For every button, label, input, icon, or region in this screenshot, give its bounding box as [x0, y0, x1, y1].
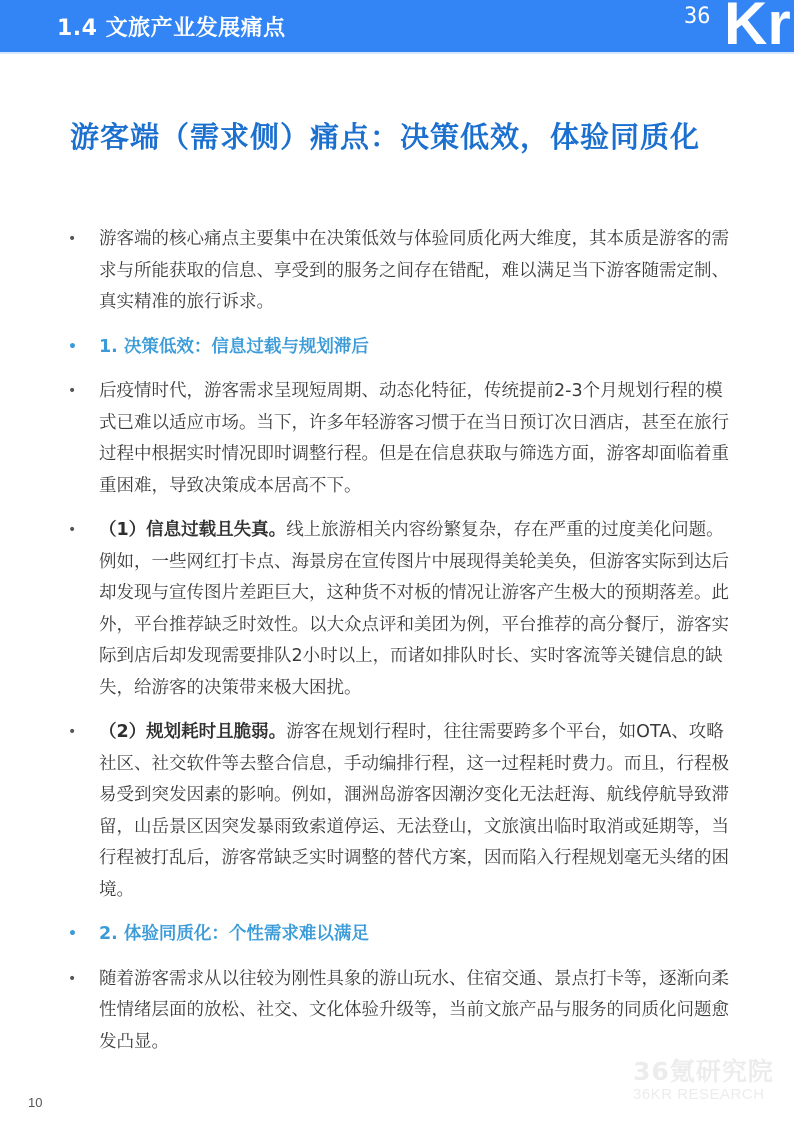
- bullet-icon: •: [68, 224, 78, 256]
- bullet-icon: •: [68, 964, 78, 996]
- item-text: 后疫情时代，游客需求呈现短周期、动态化特征，传统提前2-3个月规划行程的模式已难…: [99, 381, 729, 496]
- item-bold-lead: （2）规划耗时且脆弱。: [99, 722, 286, 742]
- item-bold-lead: （1）信息过载且失真。: [99, 520, 286, 540]
- bullet-icon: •: [68, 717, 78, 749]
- list-item-upgrade: • 随着游客需求从以往较为刚性具象的游山玩水、住宿交通、景点打卡等，逐渐向柔性情…: [68, 964, 732, 1059]
- logo-letters: Kr: [724, 0, 791, 52]
- item-text: 随着游客需求从以往较为刚性具象的游山玩水、住宿交通、景点打卡等，逐渐向柔性情绪层…: [99, 969, 729, 1052]
- subheading-text: 1. 决策低效：信息过载与规划滞后: [99, 337, 369, 357]
- bullet-icon: •: [68, 919, 78, 951]
- subheading-homogeneity: • 2. 体验同质化：个性需求难以满足: [68, 919, 732, 951]
- 36kr-logo: 36 Kr: [684, 0, 794, 52]
- list-item-intro: • 游客端的核心痛点主要集中在决策低效与体验同质化两大维度，其本质是游客的需求与…: [68, 224, 732, 319]
- bullet-icon: •: [68, 376, 78, 408]
- watermark: 36氪研究院 36KR RESEARCH: [633, 1058, 774, 1104]
- bullet-icon: •: [68, 332, 78, 364]
- list-item-info-overload: • （1）信息过载且失真。线上旅游相关内容纷繁复杂，存在严重的过度美化问题。例如…: [68, 515, 732, 704]
- subheading-text: 2. 体验同质化：个性需求难以满足: [99, 924, 369, 944]
- section-title: 1.4 文旅产业发展痛点: [57, 11, 286, 42]
- content-list: • 游客端的核心痛点主要集中在决策低效与体验同质化两大维度，其本质是游客的需求与…: [68, 224, 732, 1071]
- item-text: 游客端的核心痛点主要集中在决策低效与体验同质化两大维度，其本质是游客的需求与所能…: [99, 229, 729, 312]
- item-text: 游客在规划行程时，往往需要跨多个平台，如OTA、攻略社区、社交软件等去整合信息，…: [99, 722, 729, 900]
- watermark-en: 36KR RESEARCH: [633, 1086, 774, 1104]
- item-text: 线上旅游相关内容纷繁复杂，存在严重的过度美化问题。例如，一些网红打卡点、海景房在…: [99, 520, 729, 698]
- page-number: 10: [28, 1095, 42, 1110]
- page-title: 游客端（需求侧）痛点：决策低效，体验同质化: [70, 116, 730, 158]
- list-item-planning: • （2）规划耗时且脆弱。游客在规划行程时，往往需要跨多个平台，如OTA、攻略社…: [68, 717, 732, 906]
- watermark-cn: 36氪研究院: [633, 1058, 774, 1086]
- subheading-decision: • 1. 决策低效：信息过载与规划滞后: [68, 332, 732, 364]
- list-item-post-pandemic: • 后疫情时代，游客需求呈现短周期、动态化特征，传统提前2-3个月规划行程的模式…: [68, 376, 732, 502]
- header-bar: 1.4 文旅产业发展痛点 36 Kr: [0, 0, 794, 54]
- logo-number: 36: [684, 4, 711, 29]
- bullet-icon: •: [68, 515, 78, 547]
